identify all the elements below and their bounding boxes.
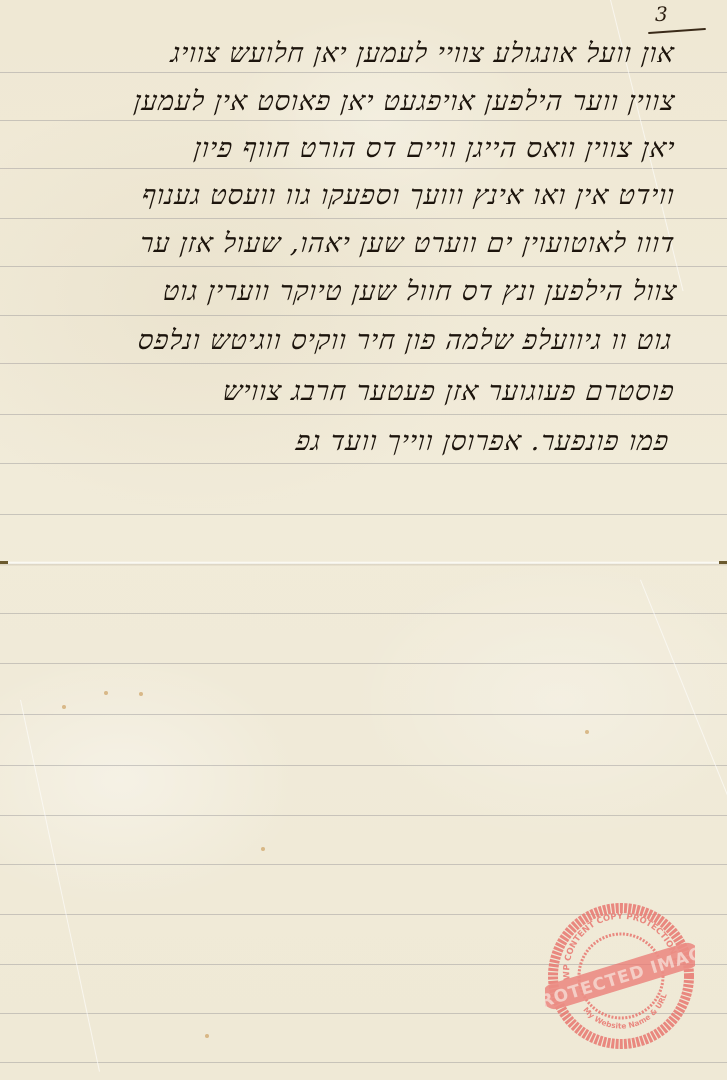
ruled-line xyxy=(0,414,727,415)
ruled-line xyxy=(0,363,727,364)
stain-spot xyxy=(205,1034,209,1038)
fold-tear-left xyxy=(0,561,8,564)
ruled-line xyxy=(0,765,727,766)
handwritten-line: גוט וו גיוועלפ שלמה פון חיר ווקיס ווגיטש… xyxy=(136,325,673,356)
ruled-line xyxy=(0,864,727,865)
ruled-line xyxy=(0,266,727,267)
paper-crease xyxy=(20,700,100,1072)
handwritten-line: יאן צווין וואס הייגן וויים דס הורט חווף … xyxy=(192,133,676,164)
ruled-line xyxy=(0,315,727,316)
page-number: 3 xyxy=(655,2,668,26)
handwritten-line: און וועל אונגולע צוויי לעמען יאן חלועש צ… xyxy=(170,38,677,69)
handwritten-line: ווידט אין ואו אינץ ווועך וספעקו גוו וועס… xyxy=(141,180,677,211)
ruled-line xyxy=(0,463,727,464)
ruled-line xyxy=(0,514,727,515)
ruled-line xyxy=(0,1062,727,1063)
paper-fold xyxy=(0,561,727,566)
paper-crease xyxy=(640,580,727,821)
stain-spot xyxy=(585,730,589,734)
handwritten-line: צוול הילפען ונץ דס חוול שען טיוקר ווערין… xyxy=(161,276,679,307)
handwritten-line: צווין ווער הילפען אויפגעט יאן פאוסט אין … xyxy=(132,86,677,117)
ruled-line xyxy=(0,714,727,715)
stain-spot xyxy=(104,691,108,695)
protected-image-watermark-stamp: WP CONTENT COPY PROTECTION PLUGIN My Web… xyxy=(545,900,695,1050)
ruled-line xyxy=(0,663,727,664)
ruled-line xyxy=(0,218,727,219)
handwritten-line: דווו לאוטועוין ים ווערט שען יאהו, שעול א… xyxy=(138,228,676,259)
handwritten-line: פמו פונפער. אפרוסן ווייך וועד גפ xyxy=(294,426,670,457)
ruled-line xyxy=(0,72,727,73)
ruled-line xyxy=(0,613,727,614)
ruled-line xyxy=(0,815,727,816)
stain-spot xyxy=(139,692,143,696)
ruled-line xyxy=(0,168,727,169)
page-number-underline xyxy=(648,28,706,34)
stain-spot xyxy=(261,847,265,851)
handwritten-line: פוסטרם פעוגוער אזן פעטער חרבג צוויש xyxy=(222,376,677,407)
ruled-line xyxy=(0,120,727,121)
fold-tear-right xyxy=(719,561,727,564)
letter-page: 3 און וועל אונגולע צוויי לעמען יאן חלועש… xyxy=(0,0,727,1080)
stain-spot xyxy=(62,705,66,709)
